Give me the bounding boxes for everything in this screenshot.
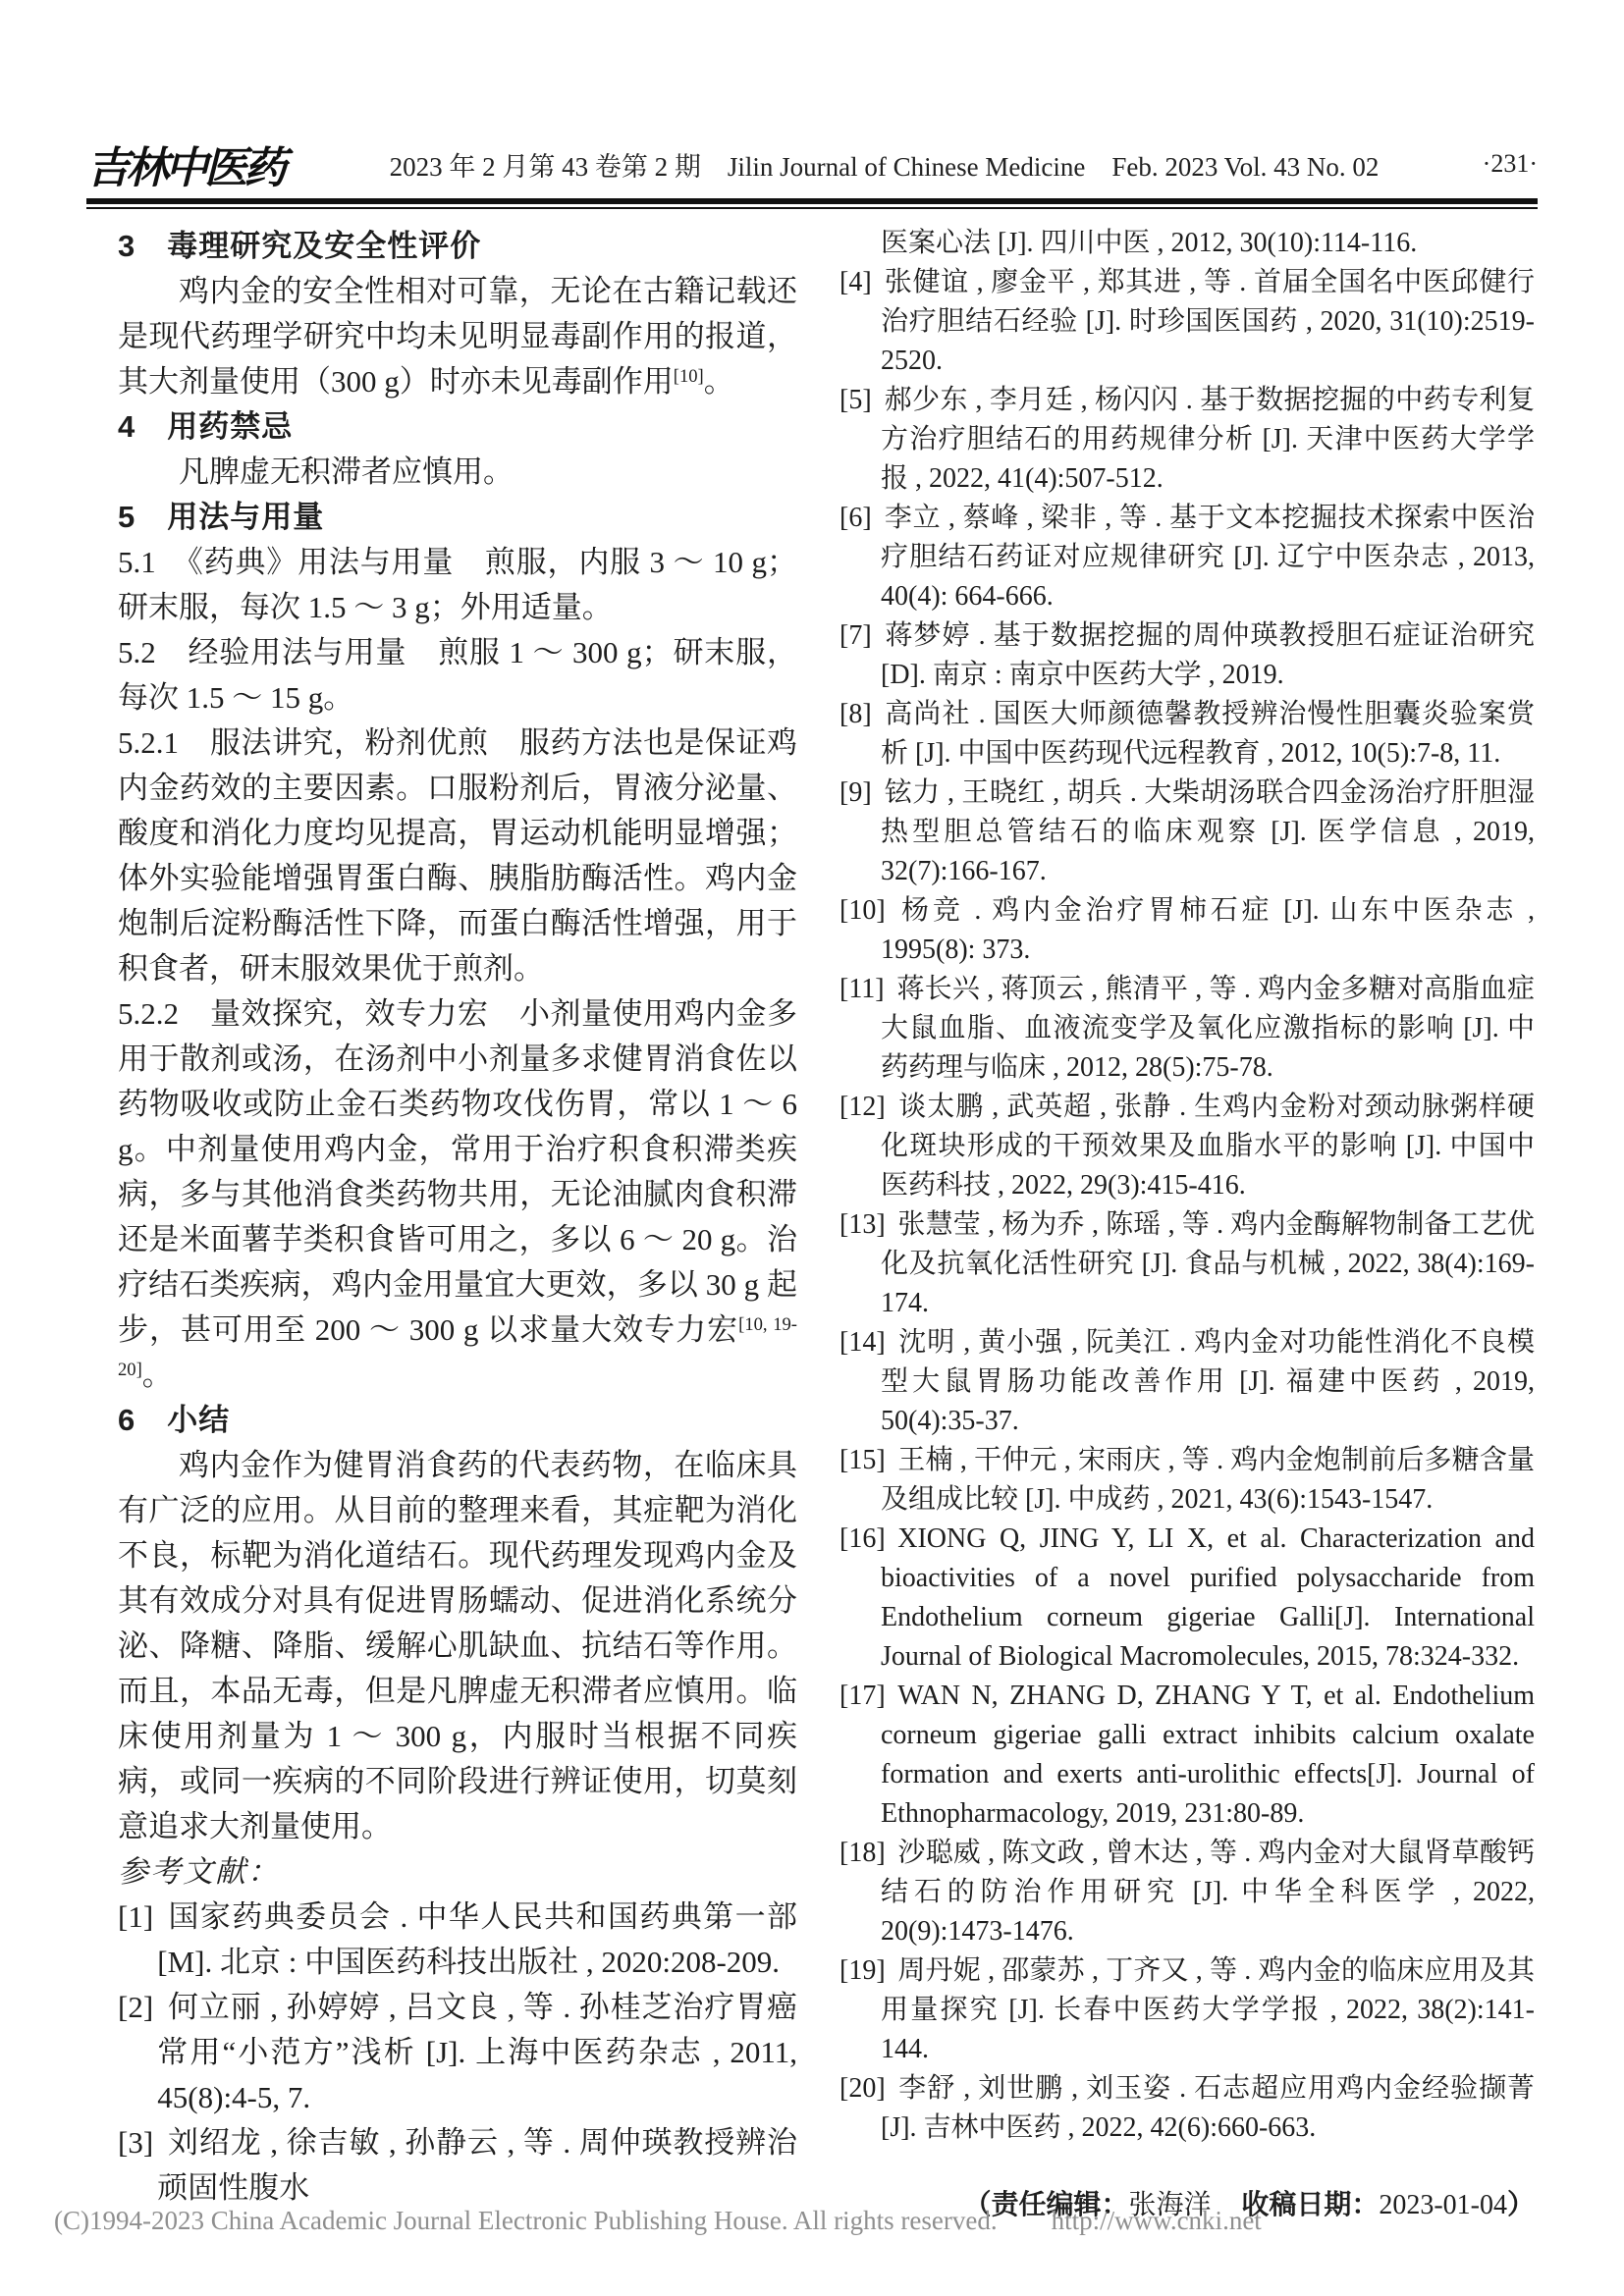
- reference-item-1: [1]国家药典委员会 . 中华人民共和国药典第一部 [M]. 北京 : 中国医药…: [118, 1895, 797, 1985]
- reference-label: [9]: [839, 777, 872, 808]
- paragraph-text: 。: [704, 364, 734, 399]
- reference-item-9: [9]铉力 , 王晓红 , 胡兵 . 大柴胡汤联合四金汤治疗肝胆湿热型胆总管结石…: [839, 774, 1535, 891]
- reference-item-16: [16]XIONG Q, JING Y, LI X, et al. Charac…: [839, 1520, 1535, 1677]
- editor-paren-close: ）: [1507, 2189, 1535, 2219]
- reference-label: [1]: [118, 1899, 153, 1934]
- page-footer: (C)1994-2023 China Academic Journal Elec…: [54, 2206, 1262, 2236]
- reference-label: [6]: [839, 503, 872, 533]
- paragraph-text: 。: [142, 1358, 173, 1392]
- section-heading-contraindication: 4 用药禁忌: [118, 404, 797, 450]
- copyright-text: (C)1994-2023 China Academic Journal Elec…: [54, 2206, 998, 2235]
- reference-item-11: [11]蒋长兴 , 蒋顶云 , 熊清平 , 等 . 鸡内金多糖对高脂血症大鼠血脂…: [839, 970, 1535, 1088]
- reference-label: [16]: [839, 1523, 886, 1554]
- reference-item-6: [6]李立 , 蔡峰 , 梁非 , 等 . 基于文本挖掘技术探索中医治疗胆结石药…: [839, 499, 1535, 616]
- reference-label: [8]: [839, 699, 872, 729]
- paragraph: 鸡内金作为健胃消食药的代表药物，在临床具有广泛的应用。从目前的整理来看，其症靶为…: [118, 1443, 797, 1849]
- reference-text: 高尚社 . 国医大师颜德馨教授辨治慢性胆囊炎验案赏析 [J]. 中国中医药现代远…: [881, 699, 1535, 769]
- reference-text: 李立 , 蔡峰 , 梁非 , 等 . 基于文本挖掘技术探索中医治疗胆结石药证对应…: [881, 503, 1535, 612]
- superscript-citation: [10]: [674, 366, 704, 387]
- reference-label: [5]: [839, 385, 872, 415]
- page-header: 吉林中医药 2023 年 2 月第 43 卷第 2 期 Jilin Journa…: [86, 133, 1538, 194]
- left-column: 3 毒理研究及安全性评价 鸡内金的安全性相对可靠，无论在古籍记载还是现代药理学研…: [118, 224, 797, 2211]
- reference-item-4: [4]张健谊 , 廖金平 , 郑其进 , 等 . 首届全国名中医邱健行治疗胆结石…: [839, 263, 1535, 381]
- reference-item-7: [7]蒋梦婷 . 基于数据挖掘的周仲瑛教授胆石症证治研究 [D]. 南京 : 南…: [839, 616, 1535, 695]
- reference-label: [2]: [118, 1990, 153, 2024]
- reference-text: 何立丽 , 孙婷婷 , 吕文良 , 等 . 孙桂芝治疗胃癌常用“小范方”浅析 […: [157, 1990, 797, 2114]
- reference-text: 张健谊 , 廖金平 , 郑其进 , 等 . 首届全国名中医邱健行治疗胆结石经验 …: [881, 267, 1535, 376]
- reference-item-20: [20]李舒 , 刘世鹏 , 刘玉姿 . 石志超应用鸡内金经验撷菁 [J]. 吉…: [839, 2069, 1535, 2148]
- received-date-value: 2023-01-04: [1379, 2190, 1507, 2220]
- reference-text: 谈太鹏 , 武英超 , 张静 . 生鸡内金粉对颈动脉粥样硬化斑块形成的干预效果及…: [881, 1092, 1535, 1201]
- section-heading-summary: 6 小结: [118, 1398, 797, 1443]
- reference-label: [13]: [839, 1209, 886, 1240]
- reference-text: 铉力 , 王晓红 , 胡兵 . 大柴胡汤联合四金汤治疗肝胆湿热型胆总管结石的临床…: [881, 777, 1535, 886]
- reference-label: [12]: [839, 1092, 886, 1122]
- reference-text: 蒋长兴 , 蒋顶云 , 熊清平 , 等 . 鸡内金多糖对高脂血症大鼠血脂、血液流…: [881, 974, 1535, 1083]
- reference-item-3-continuation: 医案心法 [J]. 四川中医 , 2012, 30(10):114-116.: [839, 224, 1535, 263]
- reference-label: [10]: [839, 895, 886, 926]
- reference-item-5: [5]郝少东 , 李月廷 , 杨闪闪 . 基于数据挖掘的中药专利复方治疗胆结石的…: [839, 381, 1535, 499]
- reference-text: 沙聪威 , 陈文政 , 曾木达 , 等 . 鸡内金对大鼠肾草酸钙结石的防治作用研…: [881, 1838, 1535, 1947]
- reference-label: [3]: [118, 2125, 153, 2160]
- reference-text: 刘绍龙 , 徐吉敏 , 孙静云 , 等 . 周仲瑛教授辨治顽固性腹水: [157, 2125, 797, 2205]
- site-url: http://www.cnki.net: [1052, 2206, 1262, 2235]
- reference-label: [14]: [839, 1327, 886, 1358]
- paragraph-5-2-2: 5.2.2 量效探究，效专力宏 小剂量使用鸡内金多用于散剂或汤，在汤剂中小剂量多…: [118, 991, 797, 1398]
- reference-text: 沈明 , 黄小强 , 阮美江 . 鸡内金对功能性消化不良模型大鼠胃肠功能改善作用…: [881, 1327, 1535, 1436]
- paragraph-5-2: 5.2 经验用法与用量 煎服 1 ～ 300 g；研末服，每次 1.5 ～ 15…: [118, 630, 797, 721]
- reference-text: 蒋梦婷 . 基于数据挖掘的周仲瑛教授胆石症证治研究 [D]. 南京 : 南京中医…: [881, 620, 1535, 690]
- reference-text: 周丹妮 , 邵蒙苏 , 丁齐又 , 等 . 鸡内金的临床应用及其用量探究 [J]…: [881, 1955, 1535, 2064]
- reference-label: [7]: [839, 620, 872, 651]
- paragraph: 凡脾虚无积滞者应慎用。: [118, 450, 797, 495]
- received-date-label: 收稿日期：: [1241, 2189, 1379, 2219]
- reference-item-15: [15]王楠 , 干仲元 , 宋雨庆 , 等 . 鸡内金炮制前后多糖含量及组成比…: [839, 1441, 1535, 1520]
- reference-text: 李舒 , 刘世鹏 , 刘玉姿 . 石志超应用鸡内金经验撷菁 [J]. 吉林中医药…: [881, 2073, 1535, 2143]
- right-column: 医案心法 [J]. 四川中医 , 2012, 30(10):114-116. […: [839, 224, 1535, 2225]
- reference-text: XIONG Q, JING Y, LI X, et al. Characteri…: [881, 1523, 1535, 1672]
- section-heading-toxicology: 3 毒理研究及安全性评价: [118, 224, 797, 269]
- reference-label: [17]: [839, 1681, 886, 1711]
- reference-label: [15]: [839, 1445, 886, 1475]
- reference-item-18: [18]沙聪威 , 陈文政 , 曾木达 , 等 . 鸡内金对大鼠肾草酸钙结石的防…: [839, 1834, 1535, 1951]
- reference-text: WAN N, ZHANG D, ZHANG Y T, et al. Endoth…: [881, 1681, 1535, 1829]
- reference-text: 张慧莹 , 杨为乔 , 陈瑶 , 等 . 鸡内金酶解物制备工艺优化及抗氧化活性研…: [881, 1209, 1535, 1318]
- reference-text: 王楠 , 干仲元 , 宋雨庆 , 等 . 鸡内金炮制前后多糖含量及组成比较 [J…: [881, 1445, 1535, 1515]
- reference-item-2: [2]何立丽 , 孙婷婷 , 吕文良 , 等 . 孙桂芝治疗胃癌常用“小范方”浅…: [118, 1985, 797, 2120]
- reference-text: 杨竞 . 鸡内金治疗胃柿石症 [J]. 山东中医杂志 , 1995(8): 37…: [881, 895, 1535, 965]
- section-heading-usage: 5 用法与用量: [118, 495, 797, 540]
- header-rule-thick: [86, 198, 1538, 204]
- paragraph-5-1: 5.1 《药典》用法与用量 煎服，内服 3 ～ 10 g；研末服，每次 1.5 …: [118, 540, 797, 630]
- reference-text: 国家药典委员会 . 中华人民共和国药典第一部 [M]. 北京 : 中国医药科技出…: [157, 1899, 797, 1979]
- reference-item-17: [17]WAN N, ZHANG D, ZHANG Y T, et al. En…: [839, 1677, 1535, 1834]
- reference-item-8: [8]高尚社 . 国医大师颜德馨教授辨治慢性胆囊炎验案赏析 [J]. 中国中医药…: [839, 695, 1535, 774]
- reference-label: [20]: [839, 2073, 886, 2104]
- journal-page: 吉林中医药 2023 年 2 月第 43 卷第 2 期 Jilin Journa…: [0, 0, 1624, 2296]
- reference-label: [19]: [839, 1955, 886, 1986]
- header-rule-thin: [86, 207, 1538, 209]
- reference-item-14: [14]沈明 , 黄小强 , 阮美江 . 鸡内金对功能性消化不良模型大鼠胃肠功能…: [839, 1323, 1535, 1441]
- journal-logo: 吉林中医药: [86, 133, 344, 195]
- page-number: ·231·: [1425, 149, 1538, 179]
- reference-label: [4]: [839, 267, 872, 297]
- reference-item-3: [3]刘绍龙 , 徐吉敏 , 孙静云 , 等 . 周仲瑛教授辨治顽固性腹水: [118, 2120, 797, 2211]
- issue-info: 2023 年 2 月第 43 卷第 2 期 Jilin Journal of C…: [344, 145, 1425, 184]
- reference-label: [11]: [839, 974, 885, 1004]
- reference-item-12: [12]谈太鹏 , 武英超 , 张静 . 生鸡内金粉对颈动脉粥样硬化斑块形成的干…: [839, 1088, 1535, 1205]
- reference-item-13: [13]张慧莹 , 杨为乔 , 陈瑶 , 等 . 鸡内金酶解物制备工艺优化及抗氧…: [839, 1205, 1535, 1323]
- reference-item-10: [10]杨竞 . 鸡内金治疗胃柿石症 [J]. 山东中医杂志 , 1995(8)…: [839, 891, 1535, 970]
- references-title: 参考文献：: [118, 1849, 797, 1895]
- paragraph: 鸡内金的安全性相对可靠，无论在古籍记载还是现代药理学研究中均未见明显毒副作用的报…: [118, 269, 797, 404]
- reference-item-19: [19]周丹妮 , 邵蒙苏 , 丁齐又 , 等 . 鸡内金的临床应用及其用量探究…: [839, 1951, 1535, 2069]
- paragraph-5-2-1: 5.2.1 服法讲究，粉剂优煎 服药方法也是保证鸡内金药效的主要因素。口服粉剂后…: [118, 721, 797, 991]
- reference-label: [18]: [839, 1838, 886, 1868]
- reference-text: 郝少东 , 李月廷 , 杨闪闪 . 基于数据挖掘的中药专利复方治疗胆结石的用药规…: [881, 385, 1535, 494]
- paragraph-text: 5.2.2 量效探究，效专力宏 小剂量使用鸡内金多用于散剂或汤，在汤剂中小剂量多…: [118, 996, 797, 1347]
